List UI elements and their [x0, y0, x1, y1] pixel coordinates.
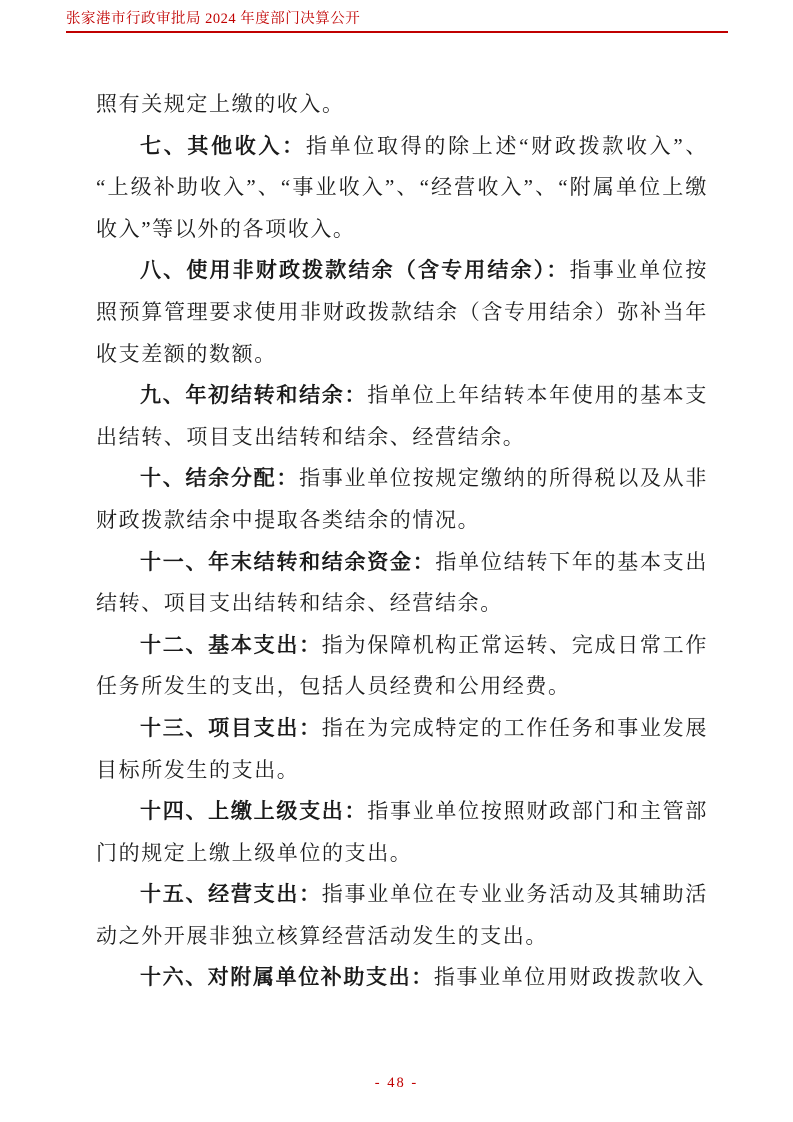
paragraph-09: 九、年初结转和结余：指单位上年结转本年使用的基本支出结转、项目支出结转和结余、经…	[96, 375, 708, 458]
continuation-text: 照有关规定上缴的收入。	[96, 84, 708, 126]
paragraph-07: 七、其他收入：指单位取得的除上述“财政拨款收入”、“上级补助收入”、“事业收入”…	[96, 126, 708, 251]
paragraph-16-text: 指事业单位用财政拨款收入	[434, 965, 705, 989]
paragraph-16: 十六、对附属单位补助支出：指事业单位用财政拨款收入	[96, 957, 708, 999]
paragraph-08-head: 八、使用非财政拨款结余（含专用结余）：	[140, 258, 570, 282]
paragraph-10-head: 十、结余分配：	[140, 466, 299, 490]
paragraph-14: 十四、上缴上级支出：指事业单位按照财政部门和主管部门的规定上缴上级单位的支出。	[96, 791, 708, 874]
paragraph-16-head: 十六、对附属单位补助支出：	[140, 965, 434, 989]
paragraph-14-head: 十四、上缴上级支出：	[140, 799, 367, 823]
paragraph-11: 十一、年末结转和结余资金：指单位结转下年的基本支出结转、项目支出结转和结余、经营…	[96, 542, 708, 625]
paragraph-12-head: 十二、基本支出：	[140, 633, 322, 657]
page-header: 张家港市行政审批局 2024 年度部门决算公开	[66, 11, 728, 33]
document-page: 张家港市行政审批局 2024 年度部门决算公开 照有关规定上缴的收入。 七、其他…	[0, 0, 793, 1122]
paragraph-12: 十二、基本支出：指为保障机构正常运转、完成日常工作任务所发生的支出，包括人员经费…	[96, 625, 708, 708]
header-title: 张家港市行政审批局 2024 年度部门决算公开	[66, 11, 360, 27]
paragraph-11-head: 十一、年末结转和结余资金：	[140, 550, 435, 574]
paragraph-15-head: 十五、经营支出：	[140, 882, 322, 906]
paragraph-15: 十五、经营支出：指事业单位在专业业务活动及其辅助活动之外开展非独立核算经营活动发…	[96, 874, 708, 957]
paragraph-07-head: 七、其他收入：	[140, 134, 306, 158]
paragraph-10: 十、结余分配：指事业单位按规定缴纳的所得税以及从非财政拨款结余中提取各类结余的情…	[96, 458, 708, 541]
page-number: - 48 -	[375, 1075, 418, 1091]
paragraph-13: 十三、项目支出：指在为完成特定的工作任务和事业发展目标所发生的支出。	[96, 708, 708, 791]
document-body: 照有关规定上缴的收入。 七、其他收入：指单位取得的除上述“财政拨款收入”、“上级…	[96, 84, 708, 999]
paragraph-08: 八、使用非财政拨款结余（含专用结余）：指事业单位按照预算管理要求使用非财政拨款结…	[96, 250, 708, 375]
page-footer: - 48 -	[0, 1075, 793, 1092]
paragraph-13-head: 十三、项目支出：	[140, 716, 322, 740]
paragraph-09-head: 九、年初结转和结余：	[140, 383, 367, 407]
